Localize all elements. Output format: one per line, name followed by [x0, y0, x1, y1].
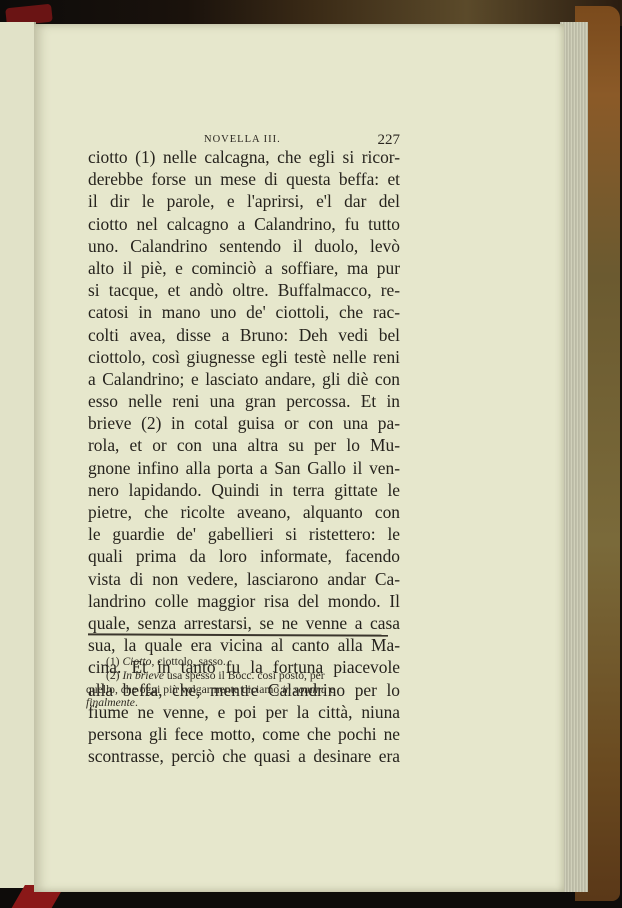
text-line: scontrasse, perciò che quasi a desinare … — [88, 745, 400, 767]
running-head-title: NOVELLA III. — [204, 134, 281, 145]
footnotes: (1) Ciotto, ciottolo, sasso. (2) In brie… — [86, 655, 396, 710]
left-page-edge — [0, 22, 36, 888]
text-line: pietre, che ricolte aveano, alquanto con — [88, 501, 400, 523]
footnote-text: quello, che oggi più volgarmente diciamo — [86, 683, 282, 696]
footnote-1: (1) Ciotto, ciottolo, sasso. — [86, 655, 396, 669]
text-line: quali prima da loro informate, facendo — [88, 545, 400, 567]
footnote-2-continued: quello, che oggi più volgarmente diciamo… — [86, 683, 396, 697]
footnote-term: In brieve — [122, 669, 164, 682]
text-line: le guardie de' gabellieri si ristettero:… — [88, 523, 400, 545]
footnote-2: (2) In brieve usa spesso il Bocc. così p… — [86, 669, 396, 683]
footnote-text: e — [327, 683, 335, 696]
text-line: si tacque, et andò oltre. Buffalmacco, r… — [88, 279, 400, 301]
footnote-text: . — [135, 696, 138, 709]
footnote-term: in somma — [282, 683, 327, 696]
text-line: landrino colle maggior risa del mondo. I… — [88, 590, 400, 612]
text-line: catosi in mano uno de' ciottoli, che rac… — [88, 301, 400, 323]
text-line: vista di non vedere, lasciarono andar Ca… — [88, 568, 400, 590]
footnote-marker: (1) — [106, 655, 120, 668]
text-line: ciotto (1) nelle calcagna, che egli si r… — [88, 146, 400, 168]
text-line: quale, senza arrestarsi, se ne venne a c… — [88, 612, 400, 634]
footnote-text: usa spesso il Bocc. così posto, per — [164, 669, 325, 682]
text-line: uno. Calandrino sentendo il duolo, levò — [88, 235, 400, 257]
text-line: sua, la quale era vicina al canto alla M… — [88, 634, 400, 656]
footnote-marker: (2) — [106, 669, 120, 682]
text-line: colti avea, disse a Bruno: Deh vedi bel — [88, 324, 400, 346]
text-line: gnone infino alla porta a San Gallo il v… — [88, 457, 400, 479]
text-line: il dir le parole, e l'aprirsi, e'l dar d… — [88, 190, 400, 212]
text-line: alto il piè, e cominciò a soffiare, ma p… — [88, 257, 400, 279]
footnote-term: Ciotto — [122, 655, 151, 668]
text-line: persona gli fece motto, come che pochi n… — [88, 723, 400, 745]
text-line: rola, et or con una altra su per lo Mu- — [88, 434, 400, 456]
book-cover-top — [0, 0, 622, 26]
footnote-2-end: finalmente. — [86, 696, 396, 710]
text-line: brieve (2) in cotal guisa or con una pa- — [88, 412, 400, 434]
page-edges — [560, 22, 588, 892]
text-line: ciottolo, così giugnesse egli testè nell… — [88, 346, 400, 368]
text-line: ciotto nel calcagno a Calandrino, fu tut… — [88, 213, 400, 235]
text-line: esso nelle reni una gran percossa. Et in — [88, 390, 400, 412]
text-line: a Calandrino; e lasciato andare, gli diè… — [88, 368, 400, 390]
text-line: nero lapidando. Quindi in terra gittate … — [88, 479, 400, 501]
footnote-text: , ciottolo, sasso. — [151, 655, 225, 668]
footnote-term: finalmente — [86, 696, 135, 709]
text-line: derebbe forse un mese di questa beffa: e… — [88, 168, 400, 190]
